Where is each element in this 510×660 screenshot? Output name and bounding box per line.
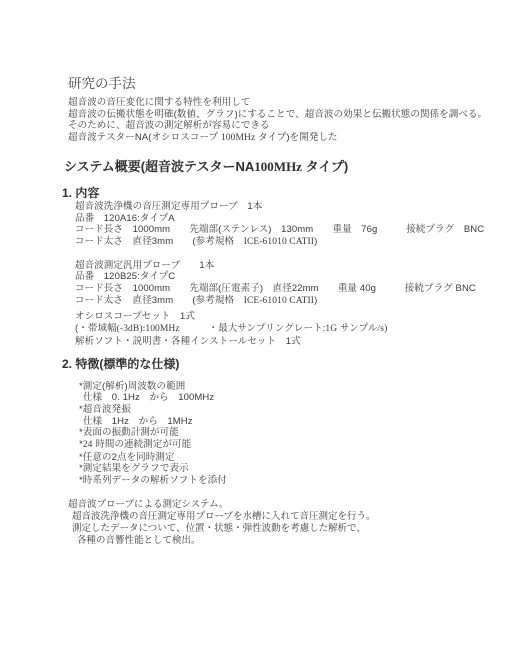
probe1-line-4-tail: ) <box>314 236 317 247</box>
feature-24h-number: 24 <box>83 440 93 450</box>
osc-spec-samplerate: 1G <box>325 324 337 334</box>
probe1-line-4-standard: ICE-61010 CATII <box>244 237 314 247</box>
feature-timeseries-software: *時系列データの解析ソフトを添付 <box>79 475 482 487</box>
intro-line-4: 超音波テスターNA(オシロスコープ 100MHz タイプ)を開発した <box>68 132 482 145</box>
osc-spec-bandwidth: (-3dB):100MHz <box>117 324 180 334</box>
system-heading-tail: タイプ) <box>302 159 348 174</box>
document-body: 研究の手法 超音波の音圧変化に関する特性を利用して 超音波の伝搬状態を明確(数値… <box>62 76 482 547</box>
heading-section-2-features: 2. 特徴(標準的な仕様) <box>62 357 482 371</box>
heading-research-method: 研究の手法 <box>68 76 482 92</box>
feature-24h-text: 時間の連続測定が可能 <box>93 439 192 450</box>
heading-section-1-contents: 1. 内容 <box>62 186 482 200</box>
probe1-line-1: 超音波洗浄機の音圧測定専用プローブ 1本 <box>75 201 482 213</box>
feature-oscillation: *超音波発振 <box>79 404 482 416</box>
spec-oscillation: 仕様 1Hz から 1MHz <box>83 416 482 428</box>
probe2-line-4-text: コード太さ 直径3mm (参考規格 <box>75 295 244 306</box>
probe2-line-1: 超音波測定汎用プローブ 1本 <box>75 260 482 272</box>
probe2-line-3: コード長さ 1000mm 先端部(圧電素子) 直径22mm 重量 40g 接続プ… <box>75 283 482 295</box>
intro-line-4-tail: タイプ)を開発した <box>255 132 337 143</box>
closing-line-1: 超音波プローブによる測定システム。 <box>68 499 482 511</box>
feature-freq-range: *測定(解析)周波数の範囲 <box>79 381 482 393</box>
intro-line-2: 超音波の伝搬状態を明確(数値、グラフ)にすることで、超音波の効果と伝搬状態の関係… <box>68 109 482 121</box>
probe2-line-2: 品番 120B25:タイプC <box>75 271 482 283</box>
probe1-line-4: コード太さ 直径3mm (参考規格 ICE-61010 CATII) <box>75 236 482 249</box>
osc-spec-a: (・帯域幅 <box>75 323 117 334</box>
heading-system-overview: システム概要(超音波テスターNA100MHz タイプ) <box>64 159 482 174</box>
closing-line-2: 超音波洗浄機の音圧測定専用プローブを水槽に入れて音圧測定を行う。 <box>72 511 482 523</box>
system-heading-text: システム概要(超音波テスターNA <box>64 159 254 174</box>
probe1-line-4-text: コード太さ 直径3mm (参考規格 <box>75 236 244 247</box>
intro-line-4-freq: 100MHz <box>221 133 255 143</box>
probe2-line-4: コード太さ 直径3mm (参考規格 ICE-61010 CATII) <box>75 295 482 308</box>
osc-spec-b: ・最大サンプリングレート: <box>180 323 326 334</box>
system-heading-freq: 100MHz <box>254 159 302 174</box>
document-page: 研究の手法 超音波の音圧変化に関する特性を利用して 超音波の伝搬状態を明確(数値… <box>0 0 510 660</box>
osc-spec-c: サンプル <box>337 323 377 334</box>
oscilloscope-line-1: オシロスコープセット 1式 <box>75 311 482 323</box>
probe1-line-3: コード長さ 1000mm 先端部(ステンレス) 130mm 重量 76g 接続プ… <box>75 224 482 236</box>
intro-line-3: そのために、超音波の測定解析が容易にできる <box>68 120 482 132</box>
feature-graph-display: *測定結果をグラフで表示 <box>79 463 482 475</box>
spec-freq-range: 仕様 0. 1Hz から 100MHz <box>83 392 482 404</box>
feature-24h-measurement: *24 時間の連続測定が可能 <box>79 439 482 452</box>
intro-line-1: 超音波の音圧変化に関する特性を利用して <box>68 97 482 109</box>
closing-line-3: 測定したデータについて、位置・状態・弾性波動を考慮した解析で、 <box>72 523 482 535</box>
probe2-line-4-tail: ) <box>314 295 317 306</box>
probe1-line-2: 品番 120A16:タイプA <box>75 213 482 225</box>
feature-surface-vibration: *表面の振動計測が可能 <box>79 427 482 439</box>
closing-line-4: 各種の音響性能として検出。 <box>77 535 482 547</box>
probe2-line-4-standard: ICE-61010 CATII <box>244 296 314 306</box>
oscilloscope-line-3: 解析ソフト・説明書・各種インストールセット 1式 <box>75 336 482 348</box>
oscilloscope-line-2: (・帯域幅(-3dB):100MHz ・最大サンプリングレート:1G サンプル/… <box>75 323 482 336</box>
feature-two-point: *任意の2点を同時測定 <box>79 452 482 464</box>
intro-line-4-text: 超音波テスターNA(オシロスコープ <box>68 132 221 143</box>
osc-spec-unit: /s) <box>378 324 388 334</box>
